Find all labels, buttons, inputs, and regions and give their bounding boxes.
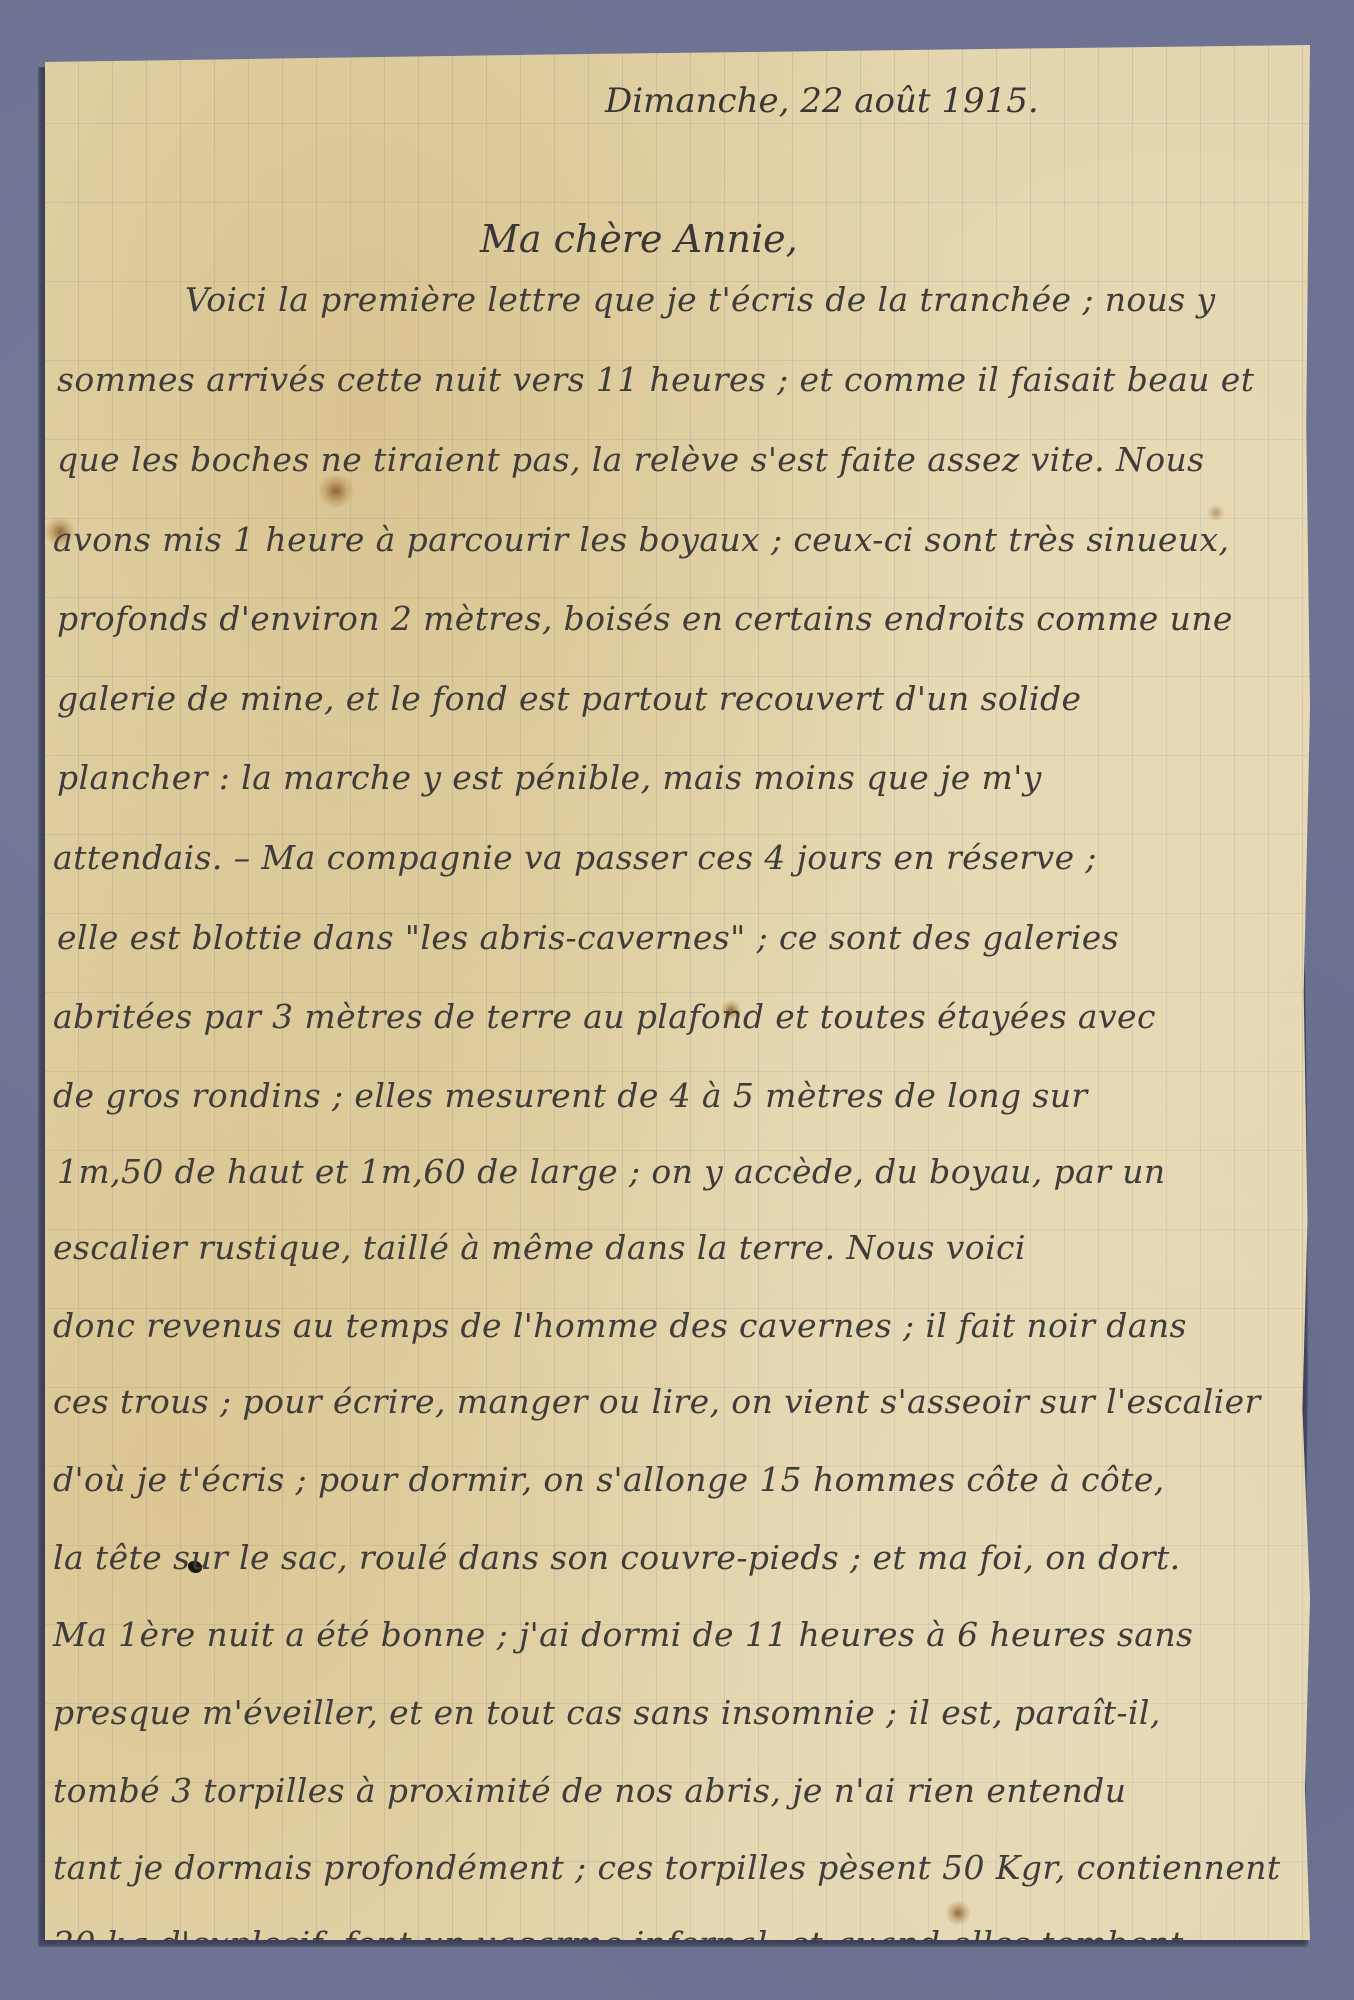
letter-line: presque m'éveiller, et en tout cas sans … [53,1696,1161,1729]
letter-line: tombé 3 torpilles à proximité de nos abr… [53,1774,1126,1807]
letter-line: d'où je t'écris ; pour dormir, on s'allo… [53,1463,1165,1496]
letter-line: 1m,50 de haut et 1m,60 de large ; on y a… [57,1155,1166,1188]
letter-line: donc revenus au temps de l'homme des cav… [53,1309,1187,1342]
letter-line: tant je dormais profondément ; ces torpi… [53,1851,1281,1884]
letter-page: Dimanche, 22 août 1915. Ma chère Annie, … [45,45,1310,1940]
letter-line: escalier rustique, taillé à même dans la… [53,1231,1026,1264]
letter-line: avons mis 1 heure à parcourir les boyaux… [53,523,1229,556]
letter-line: attendais. – Ma compagnie va passer ces … [53,841,1097,874]
letter-line: elle est blottie dans "les abris-caverne… [57,921,1119,954]
letter-line: plancher : la marche y est pénible, mais… [57,761,1042,794]
letter-line: Voici la première lettre que je t'écris … [185,283,1216,316]
letter-line: galerie de mine, et le fond est partout … [57,682,1081,715]
letter-line: de gros rondins ; elles mesurent de 4 à … [53,1079,1088,1112]
letter-line: profonds d'environ 2 mètres, boisés en c… [57,602,1233,635]
letter-line: ces trous ; pour écrire, manger ou lire,… [53,1385,1261,1418]
letter-line: sommes arrivés cette nuit vers 11 heures… [57,363,1254,396]
letter-line: la tête sur le sac, roulé dans son couvr… [53,1541,1181,1574]
letter-line: que les boches ne tiraient pas, la relèv… [57,443,1205,476]
letter-line: Ma 1ère nuit a été bonne ; j'ai dormi de… [53,1618,1193,1651]
letter-line: abritées par 3 mètres de terre au plafon… [53,1000,1156,1033]
letter-body: Voici la première lettre que je t'écris … [45,45,1310,1940]
